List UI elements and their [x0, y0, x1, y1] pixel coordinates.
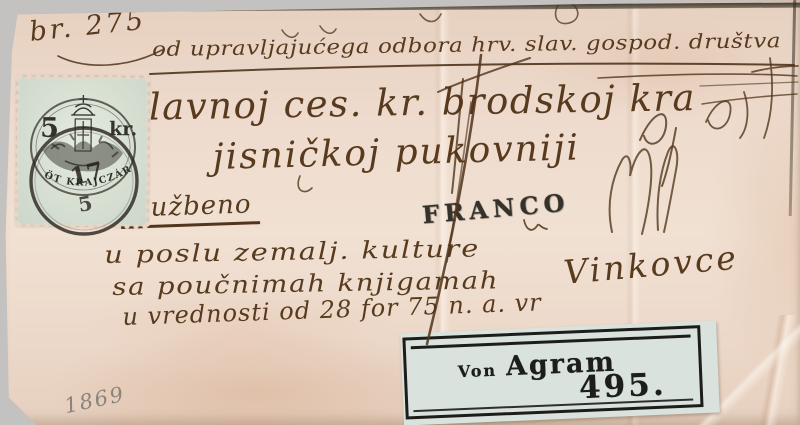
right-fold-shadow	[789, 0, 797, 216]
reference-number: br. 275	[28, 5, 148, 48]
address-line-2: jisničkoj pukovniji	[212, 127, 580, 178]
franco-handstamp: FRANCO	[421, 188, 571, 230]
scanned-postal-cover: br. 275 od upravljajućega odbora hrv. sl…	[0, 0, 800, 425]
sender-line: od upravljajućega odbora hrv. slav. gosp…	[152, 28, 781, 61]
stamp-value-numeral: 5	[40, 113, 59, 144]
stamp-engraving: 5 kr. ÖT KRAJCZÁR	[16, 77, 148, 227]
destination-name: Vinkovce	[562, 238, 740, 292]
postage-stamp: 5 kr. ÖT KRAJCZÁR	[16, 77, 148, 227]
letter-paper: br. 275 od upravljajućega odbora hrv. sl…	[0, 0, 800, 425]
label-origin-prefix: Von	[457, 361, 497, 382]
top-fold-edge	[8, 3, 800, 13]
pencil-year-note: 1869	[62, 382, 127, 418]
stamp-value-unit: kr.	[109, 118, 137, 140]
parcel-label: Von Agram 495.	[400, 320, 720, 425]
label-number: 495.	[578, 367, 667, 407]
address-line-1: slavnoj ces. kr. brodskoj kra	[128, 76, 696, 129]
subject-line-1: u poslu zemalj. kulture	[104, 234, 480, 269]
